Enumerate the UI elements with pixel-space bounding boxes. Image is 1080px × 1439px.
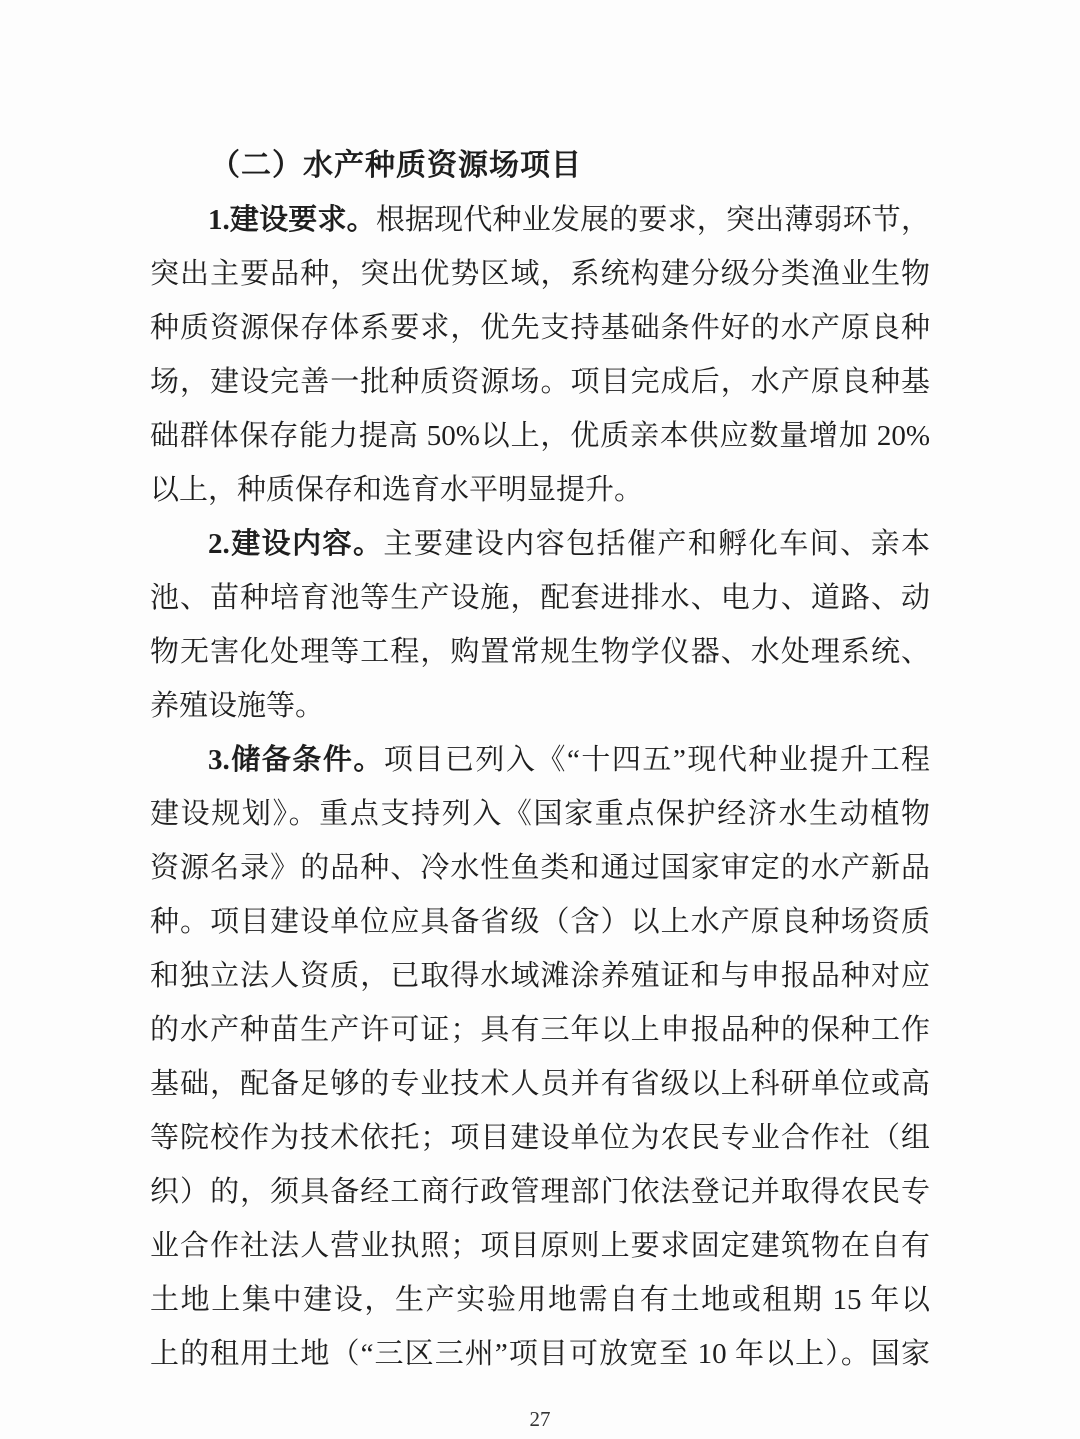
text-line: 织）的，须具备经工商行政管理部门依法登记并取得农民专 <box>150 1165 930 1219</box>
text-line: 基础，配备足够的专业技术人员并有省级以上科研单位或高 <box>150 1057 930 1111</box>
run-in-bold-label: 3.储备条件。 <box>208 744 384 776</box>
run-in-bold-label: 1.建设要求。 <box>208 204 376 236</box>
text-line: 业合作社法人营业执照；项目原则上要求固定建筑物在自有 <box>150 1219 930 1273</box>
paragraph-lines: 1.建设要求。根据现代种业发展的要求，突出薄弱环节，突出主要品种，突出优势区域，… <box>150 193 930 1381</box>
line-text: 突出主要品种，突出优势区域，系统构建分级分类渔业生物 <box>150 258 930 290</box>
line-text: 和独立法人资质，已取得水域滩涂养殖证和与申报品种对应 <box>150 960 930 992</box>
line-text: 项目已列入《“十四五”现代种业提升工程 <box>384 744 930 776</box>
line-text: 础群体保存能力提高 50%以上，优质亲本供应数量增加 20% <box>150 420 930 452</box>
line-text: 物无害化处理等工程，购置常规生物学仪器、水处理系统、 <box>150 636 930 668</box>
document-body: （二）水产种质资源场项目 1.建设要求。根据现代种业发展的要求，突出薄弱环节，突… <box>150 139 930 1381</box>
line-text: 等院校作为技术依托；项目建设单位为农民专业合作社（组 <box>150 1122 930 1154</box>
text-line: 突出主要品种，突出优势区域，系统构建分级分类渔业生物 <box>150 247 930 301</box>
text-line: 3.储备条件。项目已列入《“十四五”现代种业提升工程 <box>150 733 930 787</box>
line-text: 以上，种质保存和选育水平明显提升。 <box>150 474 643 506</box>
text-line: 资源名录》的品种、冷水性鱼类和通过国家审定的水产新品 <box>150 841 930 895</box>
line-text: 的水产种苗生产许可证；具有三年以上申报品种的保种工作 <box>150 1014 930 1046</box>
text-line: 的水产种苗生产许可证；具有三年以上申报品种的保种工作 <box>150 1003 930 1057</box>
text-line: 种质资源保存体系要求，优先支持基础条件好的水产原良种 <box>150 301 930 355</box>
line-text: 场，建设完善一批种质资源场。项目完成后，水产原良种基 <box>150 366 930 398</box>
text-line: 物无害化处理等工程，购置常规生物学仪器、水处理系统、 <box>150 625 930 679</box>
text-line: 建设规划》。重点支持列入《国家重点保护经济水生动植物 <box>150 787 930 841</box>
text-line: 养殖设施等。 <box>150 679 930 733</box>
line-text: 基础，配备足够的专业技术人员并有省级以上科研单位或高 <box>150 1068 930 1100</box>
text-line: 池、苗种培育池等生产设施，配套进排水、电力、道路、动 <box>150 571 930 625</box>
section-heading: （二）水产种质资源场项目 <box>150 139 930 193</box>
line-text: 土地上集中建设，生产实验用地需自有土地或租期 15 年以 <box>150 1284 930 1316</box>
line-text: 种质资源保存体系要求，优先支持基础条件好的水产原良种 <box>150 312 930 344</box>
text-line: 1.建设要求。根据现代种业发展的要求，突出薄弱环节， <box>150 193 930 247</box>
document-page: （二）水产种质资源场项目 1.建设要求。根据现代种业发展的要求，突出薄弱环节，突… <box>0 0 1080 1439</box>
text-line: 等院校作为技术依托；项目建设单位为农民专业合作社（组 <box>150 1111 930 1165</box>
line-text: 业合作社法人营业执照；项目原则上要求固定建筑物在自有 <box>150 1230 930 1262</box>
line-text: 建设规划》。重点支持列入《国家重点保护经济水生动植物 <box>150 798 930 830</box>
text-line: 础群体保存能力提高 50%以上，优质亲本供应数量增加 20% <box>150 409 930 463</box>
line-text: 上的租用土地（“三区三州”项目可放宽至 10 年以上）。国家 <box>150 1338 930 1370</box>
text-line: 上的租用土地（“三区三州”项目可放宽至 10 年以上）。国家 <box>150 1327 930 1381</box>
line-text: 根据现代种业发展的要求，突出薄弱环节， <box>376 204 930 236</box>
line-text: 主要建设内容包括催产和孵化车间、亲本 <box>383 528 930 560</box>
line-text: 种。项目建设单位应具备省级（含）以上水产原良种场资质 <box>150 906 930 938</box>
text-line: 和独立法人资质，已取得水域滩涂养殖证和与申报品种对应 <box>150 949 930 1003</box>
text-line: 土地上集中建设，生产实验用地需自有土地或租期 15 年以 <box>150 1273 930 1327</box>
line-text: 织）的，须具备经工商行政管理部门依法登记并取得农民专 <box>150 1176 930 1208</box>
line-text: 资源名录》的品种、冷水性鱼类和通过国家审定的水产新品 <box>150 852 930 884</box>
line-text: 养殖设施等。 <box>150 690 324 722</box>
page-number: 27 <box>0 1406 1080 1432</box>
text-line: 种。项目建设单位应具备省级（含）以上水产原良种场资质 <box>150 895 930 949</box>
line-text: 池、苗种培育池等生产设施，配套进排水、电力、道路、动 <box>150 582 930 614</box>
text-line: 以上，种质保存和选育水平明显提升。 <box>150 463 930 517</box>
text-line: 场，建设完善一批种质资源场。项目完成后，水产原良种基 <box>150 355 930 409</box>
run-in-bold-label: 2.建设内容。 <box>208 528 383 560</box>
text-line: 2.建设内容。主要建设内容包括催产和孵化车间、亲本 <box>150 517 930 571</box>
